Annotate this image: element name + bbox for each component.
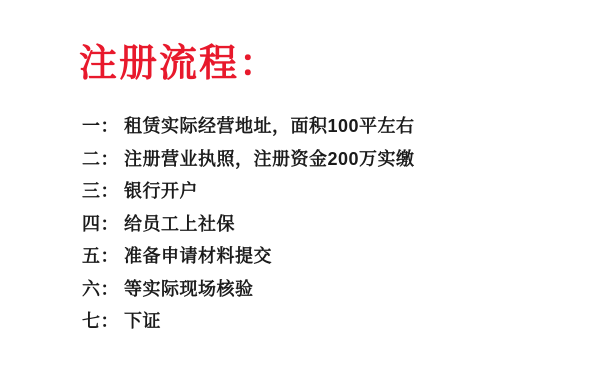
list-item: 四：给员工上社保 bbox=[82, 208, 415, 241]
step-number: 二： bbox=[82, 149, 119, 169]
steps-list: 一：租赁实际经营地址，面积100平左右 二：注册营业执照，注册资金200万实缴 … bbox=[82, 110, 415, 338]
step-number: 六： bbox=[82, 279, 119, 299]
step-text: 注册营业执照，注册资金200万实缴 bbox=[124, 149, 415, 169]
list-item: 七：下证 bbox=[82, 305, 415, 338]
registration-process-slide: 注册流程： 一：租赁实际经营地址，面积100平左右 二：注册营业执照，注册资金2… bbox=[0, 0, 604, 373]
list-item: 二：注册营业执照，注册资金200万实缴 bbox=[82, 143, 415, 176]
step-text: 租赁实际经营地址，面积100平左右 bbox=[124, 116, 415, 136]
step-text: 给员工上社保 bbox=[124, 214, 235, 234]
step-number: 三： bbox=[82, 181, 119, 201]
step-text: 银行开户 bbox=[124, 181, 198, 201]
step-number: 一： bbox=[82, 116, 119, 136]
step-number: 五： bbox=[82, 246, 119, 266]
list-item: 五：准备申请材料提交 bbox=[82, 240, 415, 273]
list-item: 六：等实际现场核验 bbox=[82, 273, 415, 306]
step-number: 四： bbox=[82, 214, 119, 234]
step-number: 七： bbox=[82, 311, 119, 331]
step-text: 等实际现场核验 bbox=[124, 279, 254, 299]
list-item: 三：银行开户 bbox=[82, 175, 415, 208]
list-item: 一：租赁实际经营地址，面积100平左右 bbox=[82, 110, 415, 143]
step-text: 准备申请材料提交 bbox=[124, 246, 272, 266]
step-text: 下证 bbox=[124, 311, 161, 331]
page-title: 注册流程： bbox=[79, 42, 279, 86]
